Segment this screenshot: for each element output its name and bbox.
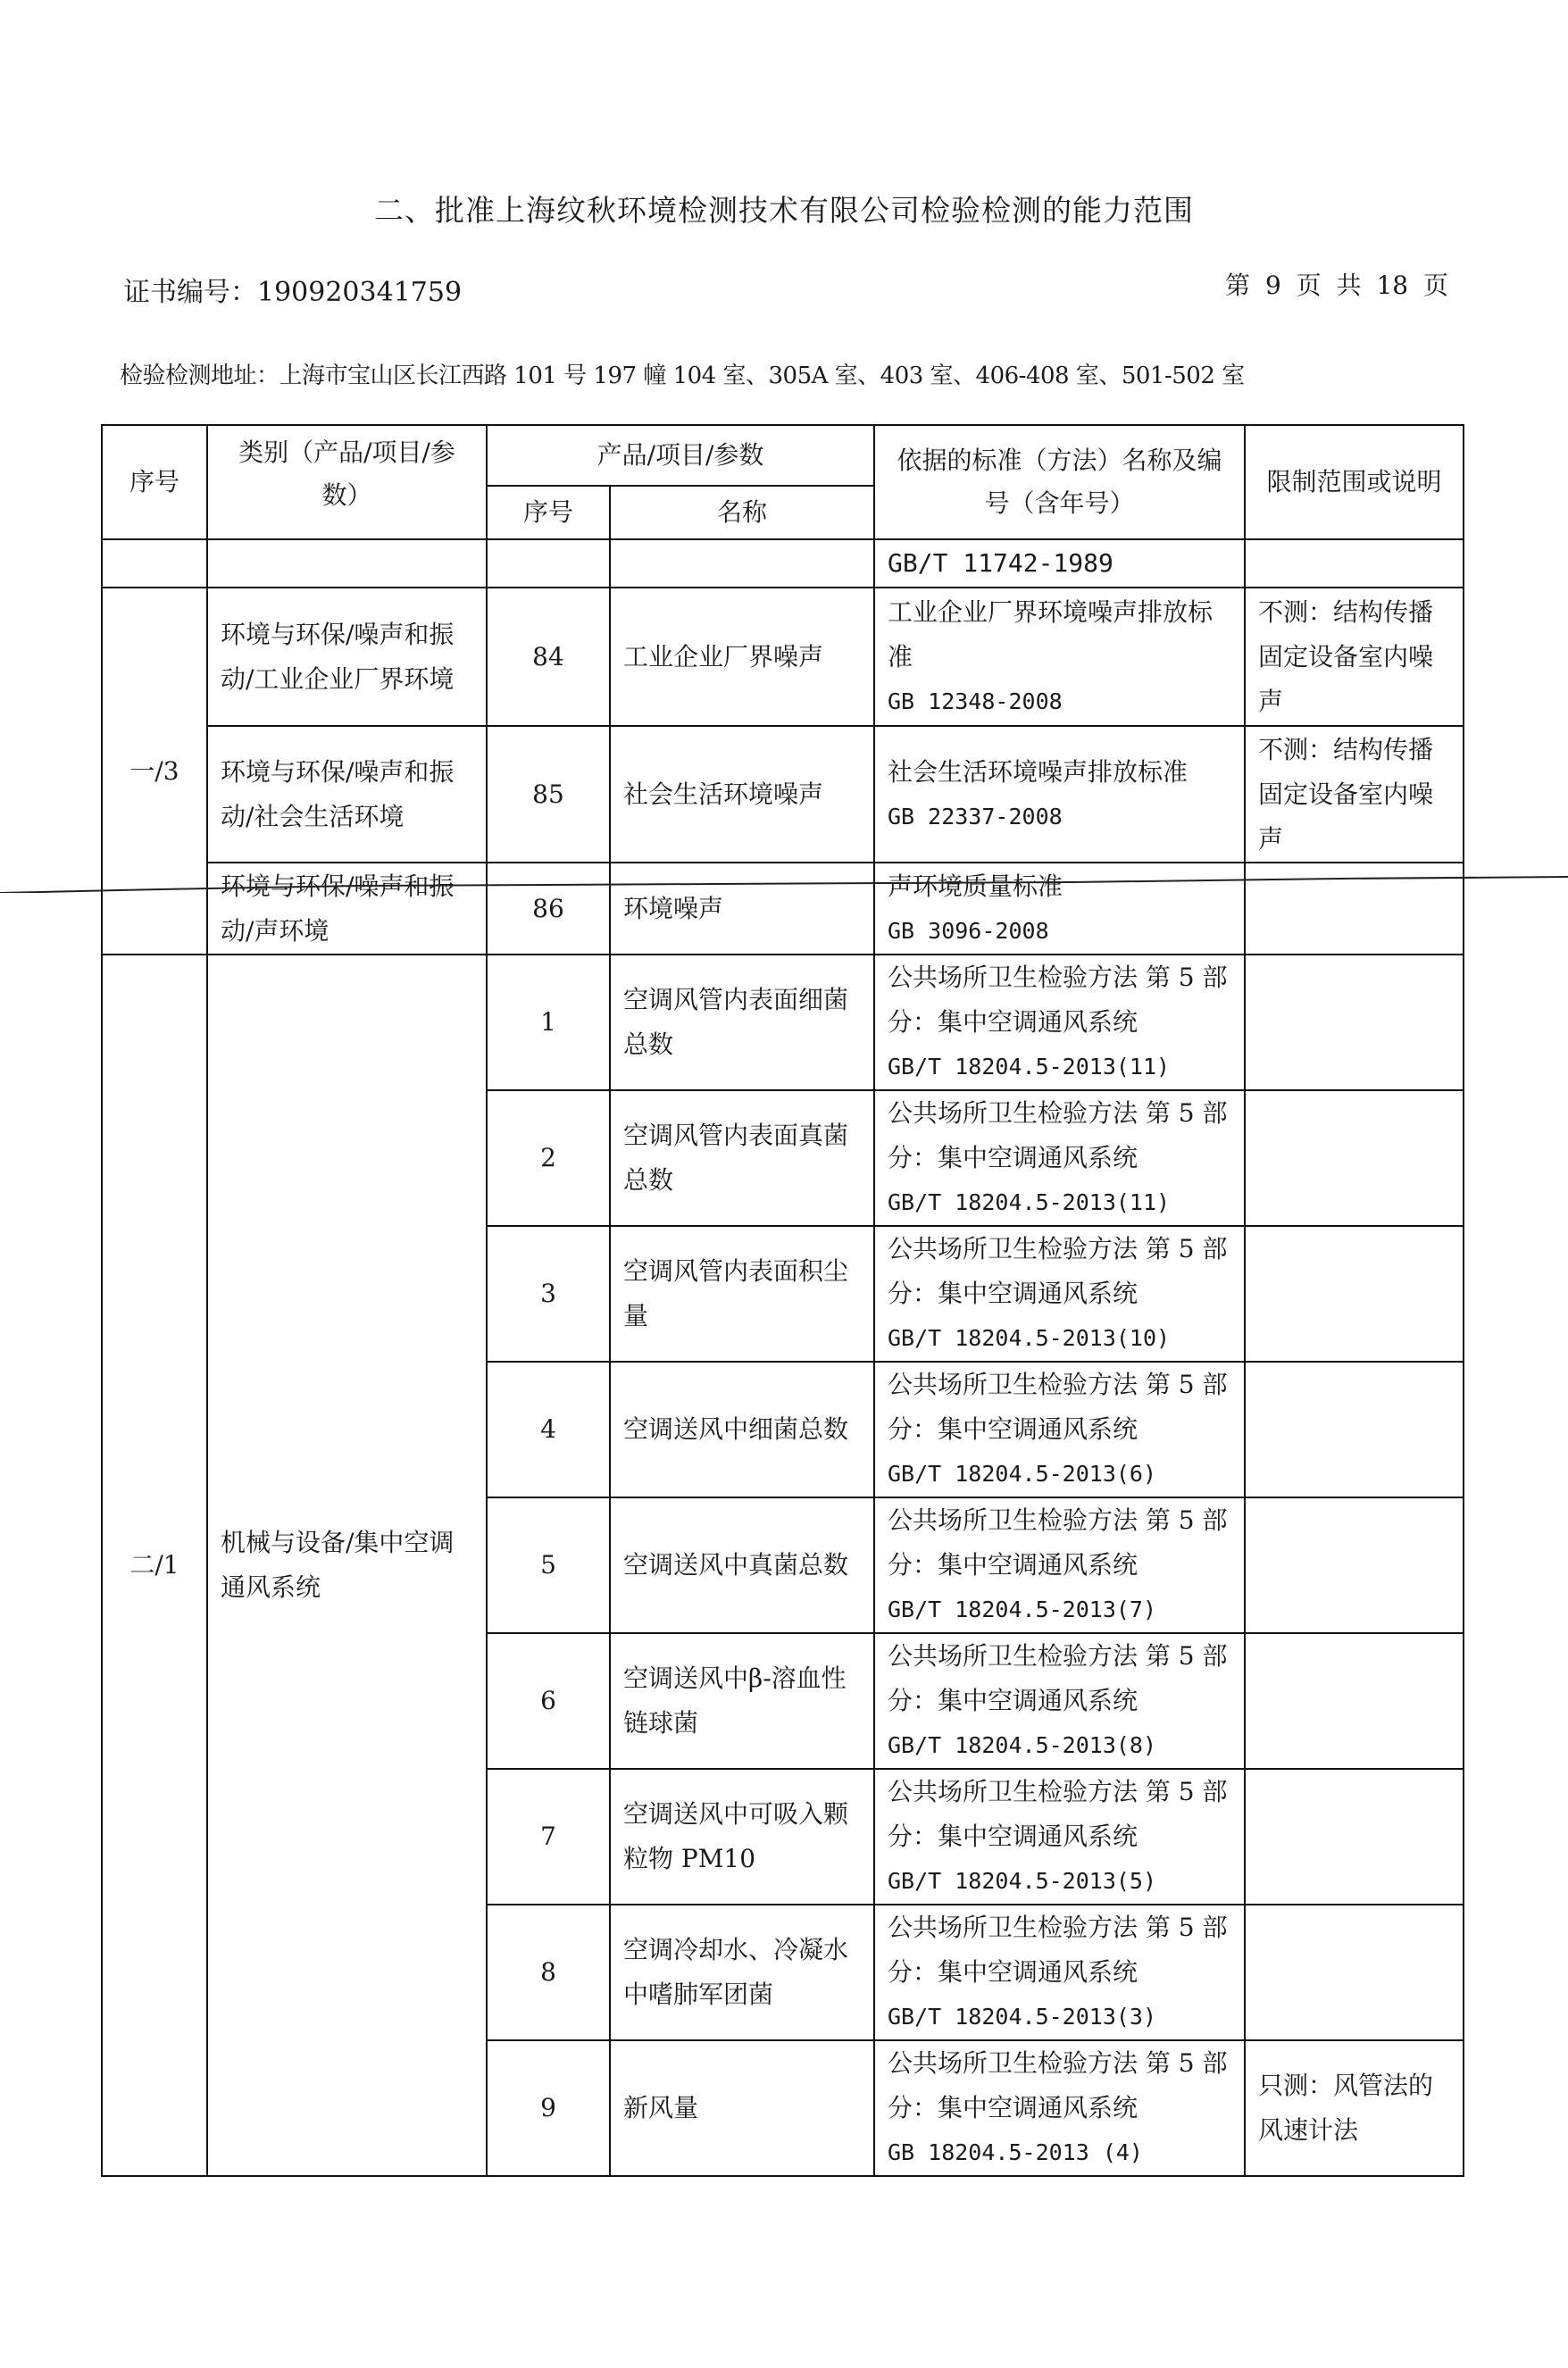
certificate-value: 190920341759	[257, 277, 462, 308]
cell-limit	[1245, 1633, 1464, 1769]
cell-group-seq: 二/1	[102, 955, 207, 2176]
standard-code: GB/T 18204.5-2013(11)	[888, 1045, 1231, 1089]
cell-limit: 只测：风管法的风速计法	[1245, 2040, 1464, 2176]
standard-code: GB/T 18204.5-2013(8)	[888, 1723, 1231, 1768]
cell-name: 空调冷却水、冷凝水中嗜肺军团菌	[610, 1905, 874, 2040]
standard-title: 公共场所卫生检验方法 第 5 部分：集中空调通风系统	[888, 1634, 1231, 1723]
cell-limit	[1245, 955, 1464, 1090]
cell-name: 空调送风中可吸入颗粒物 PM10	[610, 1769, 874, 1905]
header-sub-seq: 序号	[487, 486, 610, 539]
cell-limit	[1245, 1497, 1464, 1633]
cell-standard: 公共场所卫生检验方法 第 5 部分：集中空调通风系统GB/T 18204.5-2…	[874, 1633, 1245, 1769]
cell-seq	[102, 539, 207, 588]
cell-standard: 公共场所卫生检验方法 第 5 部分：集中空调通风系统GB/T 18204.5-2…	[874, 1090, 1245, 1226]
cell-no: 1	[487, 955, 610, 1090]
cell-limit	[1245, 863, 1464, 955]
cell-category: 机械与设备/集中空调通风系统	[207, 955, 487, 2176]
cell-no: 9	[487, 2040, 610, 2176]
table-row: 环境与环保/噪声和振动/声环境 86 环境噪声 声环境质量标准GB 3096-2…	[102, 863, 1464, 955]
cell-standard: GB/T 11742-1989	[874, 539, 1245, 588]
cell-standard: 工业企业厂界环境噪声排放标准GB 12348-2008	[874, 588, 1245, 726]
standard-code: GB/T 18204.5-2013(5)	[888, 1859, 1231, 1904]
standard-title: 公共场所卫生检验方法 第 5 部分：集中空调通风系统	[888, 1091, 1231, 1180]
standard-title: 公共场所卫生检验方法 第 5 部分：集中空调通风系统	[888, 1363, 1231, 1452]
cell-limit	[1245, 1362, 1464, 1497]
cell-name: 空调风管内表面积尘量	[610, 1226, 874, 1362]
standard-title: 声环境质量标准	[888, 864, 1231, 909]
cell-standard: 公共场所卫生检验方法 第 5 部分：集中空调通风系统GB/T 18204.5-2…	[874, 1905, 1245, 2040]
table-row: 环境与环保/噪声和振动/社会生活环境 85 社会生活环境噪声 社会生活环境噪声排…	[102, 726, 1464, 863]
cell-no: 8	[487, 1905, 610, 2040]
cell-no: 85	[487, 726, 610, 863]
cell-name: 空调送风中细菌总数	[610, 1362, 874, 1497]
cell-no	[487, 539, 610, 588]
cell-group-seq: 一/3	[102, 588, 207, 955]
cell-name: 空调风管内表面真菌总数	[610, 1090, 874, 1226]
header-category: 类别（产品/项目/参数）	[207, 425, 487, 539]
cell-no: 86	[487, 863, 610, 955]
cell-no: 6	[487, 1633, 610, 1769]
standard-title: 公共场所卫生检验方法 第 5 部分：集中空调通风系统	[888, 2041, 1231, 2130]
standard-code: GB 22337-2008	[888, 795, 1231, 839]
cell-limit: 不测：结构传播固定设备室内噪声	[1245, 588, 1464, 726]
page-indicator: 第 9 页 共 18 页	[1225, 266, 1448, 302]
continuation-row: GB/T 11742-1989	[102, 539, 1464, 588]
document-title: 二、批准上海纹秋环境检测技术有限公司检验检测的能力范围	[0, 188, 1568, 229]
standard-title: 公共场所卫生检验方法 第 5 部分：集中空调通风系统	[888, 1227, 1231, 1316]
cell-name: 工业企业厂界噪声	[610, 588, 874, 726]
cell-no: 7	[487, 1769, 610, 1905]
standard-title: 公共场所卫生检验方法 第 5 部分：集中空调通风系统	[888, 955, 1231, 1045]
table-row: 二/1 机械与设备/集中空调通风系统 1 空调风管内表面细菌总数 公共场所卫生检…	[102, 955, 1464, 1090]
standard-code: GB/T 18204.5-2013(3)	[888, 1995, 1231, 2039]
cell-category	[207, 539, 487, 588]
cell-no: 2	[487, 1090, 610, 1226]
cell-limit: 不测：结构传播固定设备室内噪声	[1245, 726, 1464, 863]
cell-name: 空调风管内表面细菌总数	[610, 955, 874, 1090]
cell-standard: 公共场所卫生检验方法 第 5 部分：集中空调通风系统GB/T 18204.5-2…	[874, 1497, 1245, 1633]
cell-category: 环境与环保/噪声和振动/工业企业厂界环境	[207, 588, 487, 726]
address-label: 检验检测地址：	[120, 363, 279, 389]
certificate-label: 证书编号：	[123, 277, 257, 308]
cell-standard: 社会生活环境噪声排放标准GB 22337-2008	[874, 726, 1245, 863]
cell-name: 空调送风中真菌总数	[610, 1497, 874, 1633]
cell-limit	[1245, 1905, 1464, 2040]
cell-no: 3	[487, 1226, 610, 1362]
standard-code: GB/T 18204.5-2013(7)	[888, 1588, 1231, 1632]
header-product-group: 产品/项目/参数	[487, 425, 874, 486]
standard-title: 公共场所卫生检验方法 第 5 部分：集中空调通风系统	[888, 1498, 1231, 1588]
cell-name: 社会生活环境噪声	[610, 726, 874, 863]
standard-title: 公共场所卫生检验方法 第 5 部分：集中空调通风系统	[888, 1770, 1231, 1859]
cell-no: 4	[487, 1362, 610, 1497]
standard-code: GB 18204.5-2013 (4)	[888, 2130, 1231, 2175]
standard-code: GB/T 18204.5-2013(11)	[888, 1180, 1231, 1225]
standard-title: 公共场所卫生检验方法 第 5 部分：集中空调通风系统	[888, 1905, 1231, 1995]
cell-category: 环境与环保/噪声和振动/社会生活环境	[207, 726, 487, 863]
cell-no: 5	[487, 1497, 610, 1633]
header-limit: 限制范围或说明	[1245, 425, 1464, 539]
standard-title: 工业企业厂界环境噪声排放标准	[888, 590, 1231, 680]
cell-standard: 公共场所卫生检验方法 第 5 部分：集中空调通风系统GB/T 18204.5-2…	[874, 955, 1245, 1090]
cell-standard: 公共场所卫生检验方法 第 5 部分：集中空调通风系统GB 18204.5-201…	[874, 2040, 1245, 2176]
certificate-number: 证书编号：190920341759	[123, 270, 462, 309]
cell-limit	[1245, 1090, 1464, 1226]
cell-no: 84	[487, 588, 610, 726]
cell-limit	[1245, 1769, 1464, 1905]
cell-category: 环境与环保/噪声和振动/声环境	[207, 863, 487, 955]
cell-standard: 公共场所卫生检验方法 第 5 部分：集中空调通风系统GB/T 18204.5-2…	[874, 1226, 1245, 1362]
cell-standard: 公共场所卫生检验方法 第 5 部分：集中空调通风系统GB/T 18204.5-2…	[874, 1769, 1245, 1905]
header-sub-name: 名称	[610, 486, 874, 539]
testing-address: 检验检测地址：上海市宝山区长江西路 101 号 197 幢 104 室、305A…	[120, 357, 1245, 390]
cell-standard: 声环境质量标准GB 3096-2008	[874, 863, 1245, 955]
cell-name: 新风量	[610, 2040, 874, 2176]
standard-code: GB/T 18204.5-2013(10)	[888, 1316, 1231, 1361]
standard-title: 社会生活环境噪声排放标准	[888, 750, 1231, 795]
standard-code: GB 12348-2008	[888, 680, 1231, 724]
cell-limit	[1245, 1226, 1464, 1362]
capability-scope-table: 序号 类别（产品/项目/参数） 产品/项目/参数 依据的标准（方法）名称及编号（…	[101, 424, 1464, 2177]
table-row: 一/3 环境与环保/噪声和振动/工业企业厂界环境 84 工业企业厂界噪声 工业企…	[102, 588, 1464, 726]
header-standard: 依据的标准（方法）名称及编号（含年号）	[874, 425, 1245, 539]
cell-standard: 公共场所卫生检验方法 第 5 部分：集中空调通风系统GB/T 18204.5-2…	[874, 1362, 1245, 1497]
cell-name: 环境噪声	[610, 863, 874, 955]
standard-code: GB 3096-2008	[888, 909, 1231, 954]
cell-name: 空调送风中β-溶血性链球菌	[610, 1633, 874, 1769]
cell-limit	[1245, 539, 1464, 588]
header-seq: 序号	[102, 425, 207, 539]
standard-code: GB/T 18204.5-2013(6)	[888, 1452, 1231, 1497]
address-value: 上海市宝山区长江西路 101 号 197 幢 104 室、305A 室、403 …	[279, 363, 1245, 389]
cell-name	[610, 539, 874, 588]
